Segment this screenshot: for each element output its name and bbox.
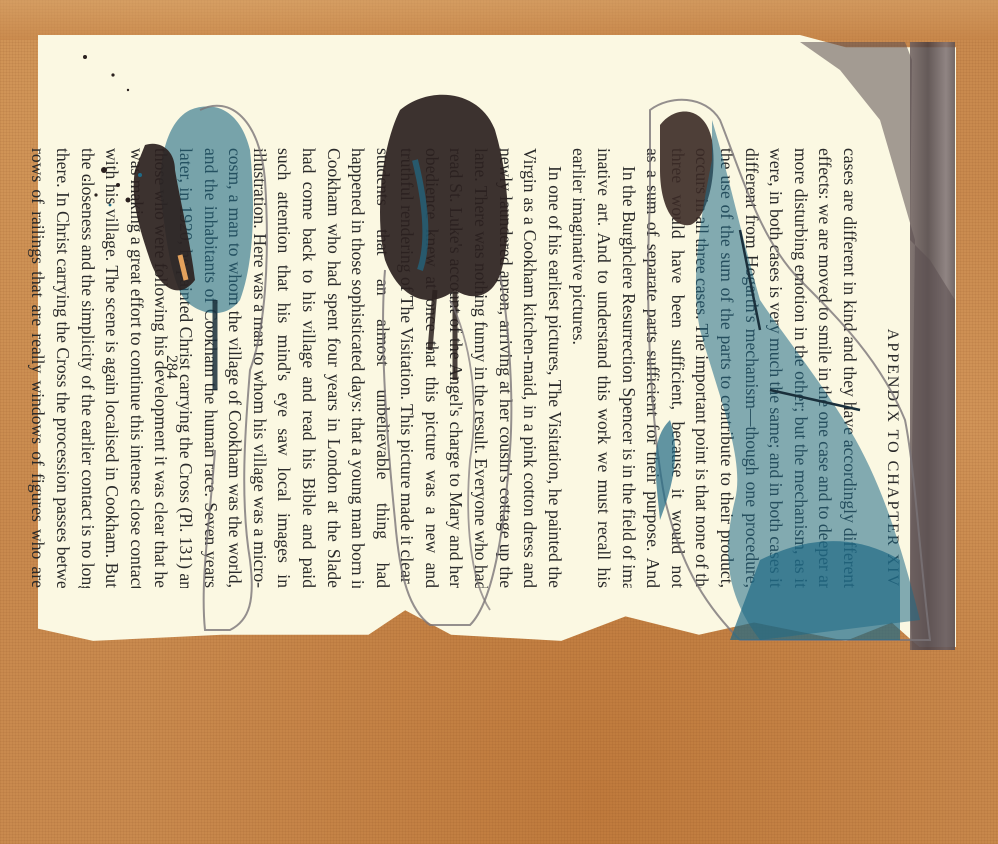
text-line: was making a great effort to continue th… <box>124 148 149 588</box>
page-number: 284 <box>162 355 180 379</box>
text-line: three would have been sufficient, becaus… <box>665 148 690 588</box>
text-line: illustration. Here was a man to whom his… <box>247 148 272 588</box>
text-line: earlier imaginative pictures. <box>567 148 592 588</box>
text-line: the use of the sum of the parts to contr… <box>714 148 739 588</box>
text-line: Cookham who had spent four years in Lond… <box>321 148 346 588</box>
text-line: Virgin as a Cookham kitchen-maid, in a p… <box>518 148 543 588</box>
text-line: lane. There was nothing funny in the res… <box>469 148 494 588</box>
text-line: truthful rendering of The Visitation. Th… <box>395 148 420 588</box>
text-line: occurs in all three cases. The important… <box>690 148 715 588</box>
text-line: read St. Luke's account of the Angel's c… <box>444 148 469 588</box>
text-line: effects: we are moved to smile in the on… <box>813 148 838 588</box>
gray-wash-band <box>910 42 955 650</box>
text-line: had come back to his village and read hi… <box>296 148 321 588</box>
text-line: In one of his earliest pictures, The Vis… <box>542 148 567 588</box>
text-line: the closeness and the simplicity of the … <box>75 148 100 588</box>
background-stain <box>0 0 998 40</box>
text-line: newly laundered apron, arriving at her c… <box>493 148 518 588</box>
text-line: more disturbing emotion in the other; bu… <box>788 148 813 588</box>
text-line: such attention that his mind's eye saw l… <box>272 148 297 588</box>
text-line: were, in both cases is very much the sam… <box>764 148 789 588</box>
text-line: with his village. The scene is again loc… <box>100 148 125 588</box>
text-line: obedience knew at once that this picture… <box>419 148 444 588</box>
text-line: different from Hogarth's mechanism—thoug… <box>739 148 764 588</box>
text-line: as a sum of separate parts sufficient fo… <box>641 148 666 588</box>
text-line: there. In Christ carrying the Cross the … <box>50 148 75 588</box>
text-line: inative art. And to understand this work… <box>591 148 616 588</box>
text-line: students that an almost unbelievable thi… <box>370 148 395 588</box>
text-line: happened in those sophisticated days: th… <box>346 148 371 588</box>
text-line: cosm, a man to whom the village of Cookh… <box>223 148 248 588</box>
chapter-header: APPENDIX TO CHAPTER XIV <box>879 148 904 588</box>
text-line: rows of railings that are really windows… <box>26 148 51 588</box>
text-line: cases are different in kind and they hav… <box>837 148 862 588</box>
page-text-block: APPENDIX TO CHAPTER XIV cases are differ… <box>26 148 862 588</box>
text-line: In the Burghclere Resurrection Spencer i… <box>616 148 641 588</box>
text-line: and the inhabitants of Cookham the human… <box>198 148 223 588</box>
